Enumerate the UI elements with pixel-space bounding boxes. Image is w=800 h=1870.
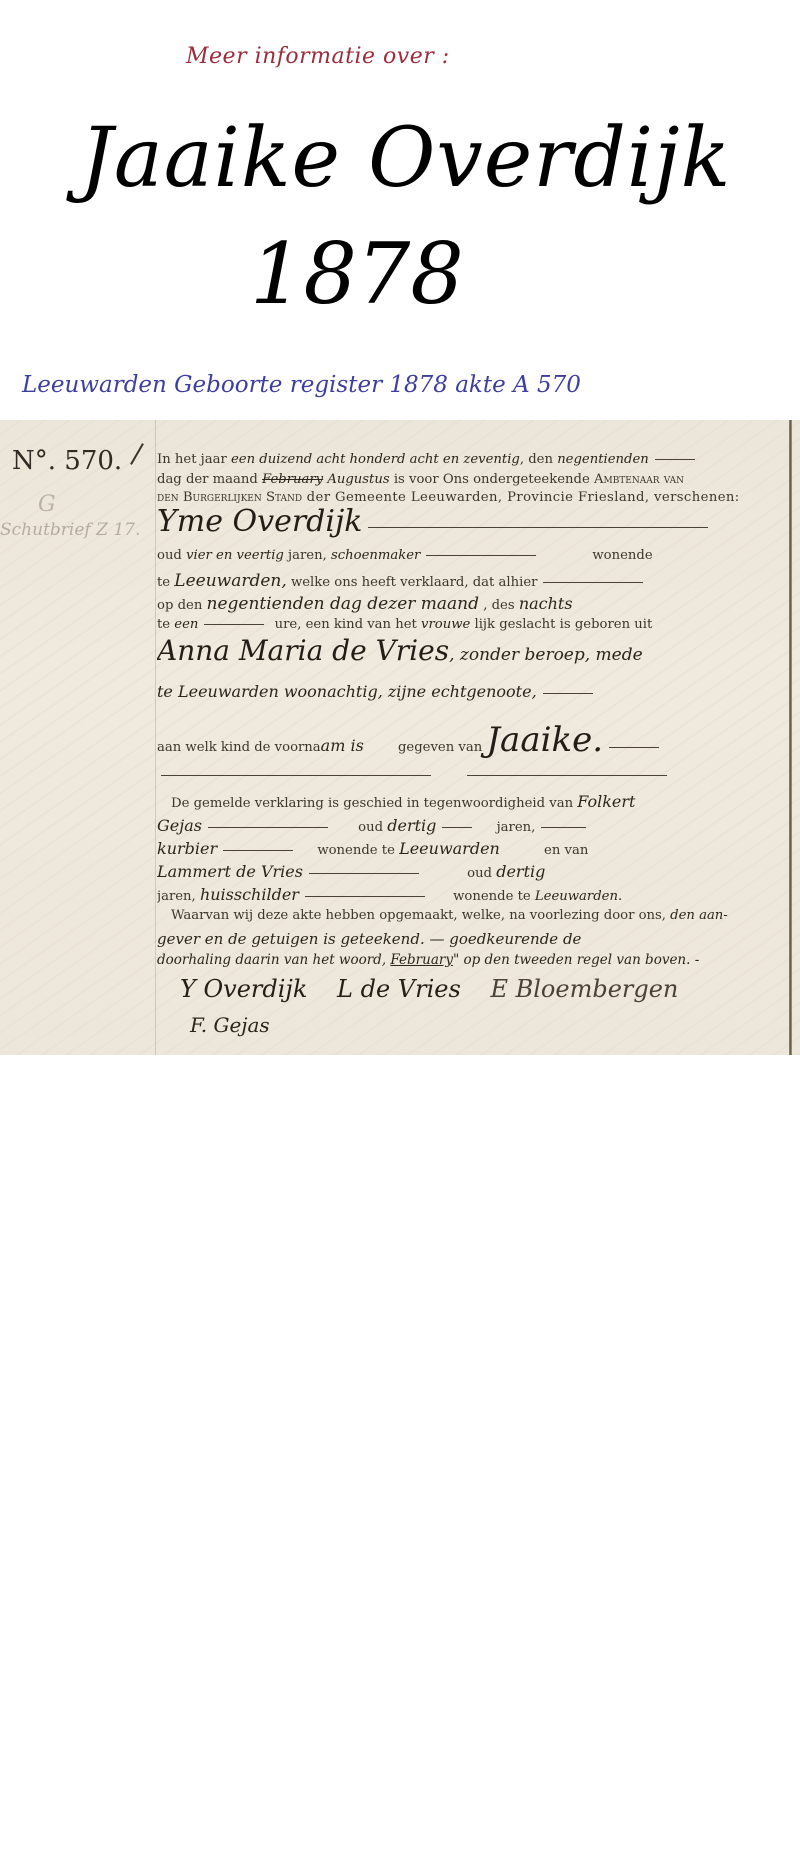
source-reference: Leeuwarden Geboorte register 1878 akte A… bbox=[22, 372, 581, 398]
check-mark-icon bbox=[130, 443, 144, 465]
cert-line-16: jaren, huisschilder wonende te Leeuwarde… bbox=[157, 885, 782, 904]
cert-rule-row bbox=[157, 768, 782, 783]
cert-line-17: Waarvan wij deze akte hebben opgemaakt, … bbox=[157, 908, 782, 923]
signature-witness-2: F. Gejas bbox=[190, 1013, 270, 1037]
cert-line-10: te Leeuwarden woonachtig, zijne echtgeno… bbox=[157, 682, 782, 701]
signature-father: Y Overdijk bbox=[180, 975, 307, 1003]
signature-witness: L de Vries bbox=[337, 975, 461, 1003]
cert-line-15: Lammert de Vries oud dertig bbox=[157, 862, 782, 881]
cert-line-18: gever en de getuigen is geteekend. — goe… bbox=[157, 930, 782, 948]
cert-line-14: kurbier wonende te Leeuwarden en van bbox=[157, 839, 782, 858]
cert-line-11: aan welk kind de voornaam is gegeven van… bbox=[157, 720, 782, 764]
signature-official: E Bloembergen bbox=[490, 975, 678, 1003]
birth-certificate-scan: N°. 570. G Schutbrief Z 17. In het jaar … bbox=[0, 420, 800, 1055]
margin-pencil-note: Schutbrief Z 17. bbox=[0, 520, 140, 540]
birth-year-title: 1878 bbox=[250, 232, 464, 316]
cert-line-1: In het jaar een duizend acht honderd ach… bbox=[157, 452, 782, 467]
page-binding-edge bbox=[789, 420, 792, 1055]
margin-rule bbox=[155, 420, 156, 1055]
signatures-row: Y Overdijk L de Vries E Bloembergen bbox=[180, 975, 700, 1003]
cert-line-2: dag der maand February Augustus is voor … bbox=[157, 472, 782, 487]
cert-line-7: op den negentienden dag dezer maand , de… bbox=[157, 594, 782, 614]
cert-line-6: te Leeuwarden, welke ons heeft verklaard… bbox=[157, 571, 782, 591]
cert-line-12: De gemelde verklaring is geschied in teg… bbox=[157, 792, 782, 811]
intro-text: Meer informatie over : bbox=[186, 44, 450, 69]
cert-line-8: te een ure, een kind van het vrouwe lijk… bbox=[157, 617, 782, 632]
akte-number: N°. 570. bbox=[12, 446, 122, 476]
cert-line-13: Gejas oud dertig jaren, bbox=[157, 816, 782, 835]
margin-pencil-mark: G bbox=[38, 492, 56, 517]
cert-line-9: Anna Maria de Vries, zonder beroep, mede bbox=[157, 634, 782, 674]
cert-line-19: doorhaling daarin van het woord, Februar… bbox=[157, 952, 782, 968]
cert-line-5: oud vier en veertig jaren, schoenmakerwo… bbox=[157, 548, 782, 563]
cert-line-4: Yme Overdijk bbox=[157, 504, 782, 544]
cert-line-3: den Burgerlijken Stand der Gemeente Leeu… bbox=[157, 490, 782, 505]
person-name-title: Jaaike Overdijk bbox=[80, 118, 731, 200]
